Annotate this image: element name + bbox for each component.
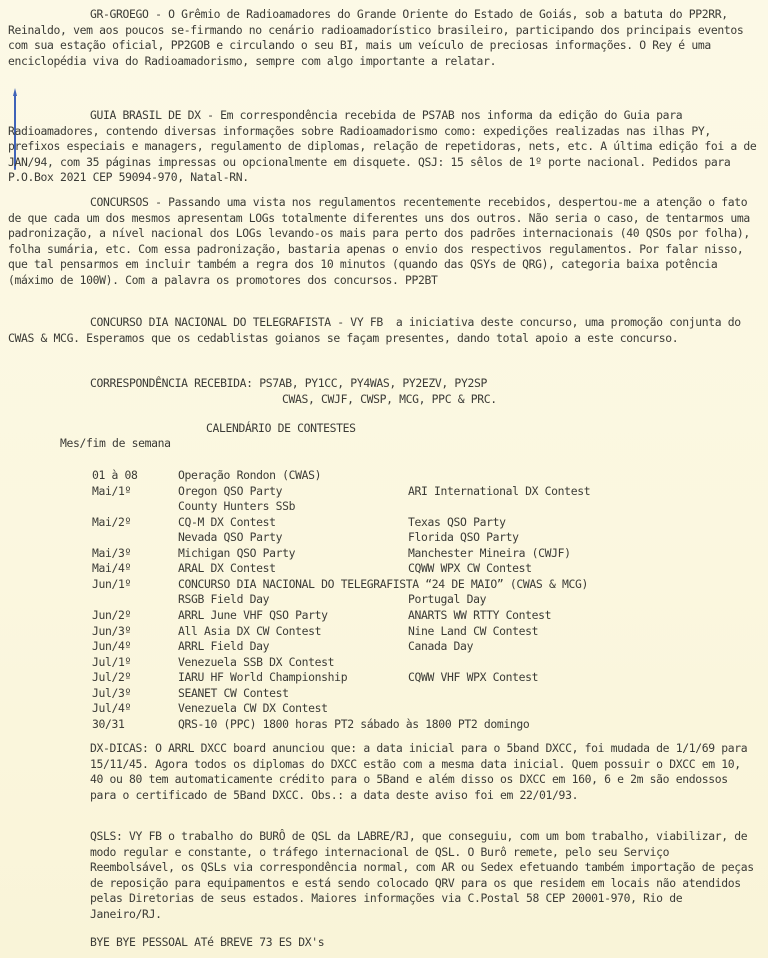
paragraph-dx-dicas: DX-DICAS: O ARRL DXCC board anunciou que… bbox=[90, 741, 760, 803]
calendar-contest-secondary: ARI International DX Contest bbox=[408, 484, 590, 498]
paragraph-gr-groego: GR-GROEGO - O Grêmio de Radioamadores do… bbox=[8, 7, 760, 69]
calendar-contest-primary: Nevada QSO Party bbox=[178, 530, 282, 544]
calendar-contest-primary: ARRL Field Day bbox=[178, 639, 269, 653]
paragraph-guia-brasil-dx: GUIA BRASIL DE DX - Em correspondência r… bbox=[8, 108, 760, 186]
calendar-contest-secondary: CQWW WPX CW Contest bbox=[408, 561, 532, 575]
calendar-contest-secondary: ANARTS WW RTTY Contest bbox=[408, 608, 551, 622]
calendar-date: 01 à 08 bbox=[92, 468, 138, 482]
calendar-date: Mai/3º bbox=[92, 546, 131, 560]
calendar-date: Jul/2º bbox=[92, 670, 131, 684]
calendar-date: Jun/4º bbox=[92, 639, 131, 653]
calendar-date: Jul/3º bbox=[92, 686, 131, 700]
calendar-subtitle: Mes/fim de semana bbox=[60, 436, 171, 452]
calendar-contest-primary: ARRL June VHF QSO Party bbox=[178, 608, 328, 622]
calendar-contest-secondary: CQWW VHF WPX Contest bbox=[408, 670, 538, 684]
calendar-contest-primary: SEANET CW Contest bbox=[178, 686, 289, 700]
calendar-date: Jul/1º bbox=[92, 655, 131, 669]
calendar-contest-secondary: Florida QSO Party bbox=[408, 530, 519, 544]
calendar-contest-primary: IARU HF World Championship bbox=[178, 670, 347, 684]
calendar-date: Jun/2º bbox=[92, 608, 131, 622]
calendar-title: CALENDÁRIO DE CONTESTES bbox=[206, 421, 356, 437]
correspondencia-line-2: CWAS, CWJF, CWSP, MCG, PPC & PRC. bbox=[282, 392, 497, 408]
calendar-contest-primary: ARAL DX Contest bbox=[178, 561, 276, 575]
calendar-date: Mai/1º bbox=[92, 484, 131, 498]
paragraph-qsls: QSLS: VY FB o trabalho do BURÔ de QSL da… bbox=[90, 829, 760, 923]
calendar-contest-primary: Venezuela SSB DX Contest bbox=[178, 655, 334, 669]
paragraph-concursos: CONCURSOS - Passando uma vista nos regul… bbox=[8, 195, 760, 289]
calendar-contest-primary: Oregon QSO Party bbox=[178, 484, 282, 498]
calendar-date: Jul/4º bbox=[92, 701, 131, 715]
calendar-date: Mai/4º bbox=[92, 561, 131, 575]
calendar-date: Jun/3º bbox=[92, 624, 131, 638]
calendar-contest-primary: Michigan QSO Party bbox=[178, 546, 295, 560]
calendar-contest-primary: RSGB Field Day bbox=[178, 592, 269, 606]
calendar-contest-primary: CONCURSO DIA NACIONAL DO TELEGRAFISTA “2… bbox=[178, 577, 588, 591]
correspondencia-line-1: CORRESPONDÊNCIA RECEBIDA: PS7AB, PY1CC, … bbox=[90, 376, 487, 392]
calendar-contest-primary: Venezuela CW DX Contest bbox=[178, 701, 328, 715]
calendar-contest-secondary: Texas QSO Party bbox=[408, 515, 506, 529]
calendar-contest-primary: All Asia DX CW Contest bbox=[178, 624, 321, 638]
calendar-contest-primary: CQ-M DX Contest bbox=[178, 515, 276, 529]
calendar-contest-primary: County Hunters SSb bbox=[178, 499, 295, 513]
calendar-date: 30/31 bbox=[92, 717, 125, 731]
calendar-date: Jun/1º bbox=[92, 577, 131, 591]
calendar-contest-secondary: Manchester Mineira (CWJF) bbox=[408, 546, 571, 560]
calendar-contest-primary: Operação Rondon (CWAS) bbox=[178, 468, 321, 482]
document-page: GR-GROEGO - O Grêmio de Radioamadores do… bbox=[0, 0, 768, 958]
calendar-contest-secondary: Canada Day bbox=[408, 639, 473, 653]
calendar-contest-primary: QRS-10 (PPC) 1800 horas PT2 sábado às 18… bbox=[178, 717, 529, 731]
paragraph-concurso-telegrafista: CONCURSO DIA NACIONAL DO TELEGRAFISTA - … bbox=[8, 315, 760, 346]
calendar-contest-secondary: Nine Land CW Contest bbox=[408, 624, 538, 638]
calendar-contest-secondary: Portugal Day bbox=[408, 592, 486, 606]
calendar-date: Mai/2º bbox=[92, 515, 131, 529]
closing-line: BYE BYE PESSOAL ATé BREVE 73 ES DX's bbox=[90, 935, 324, 951]
